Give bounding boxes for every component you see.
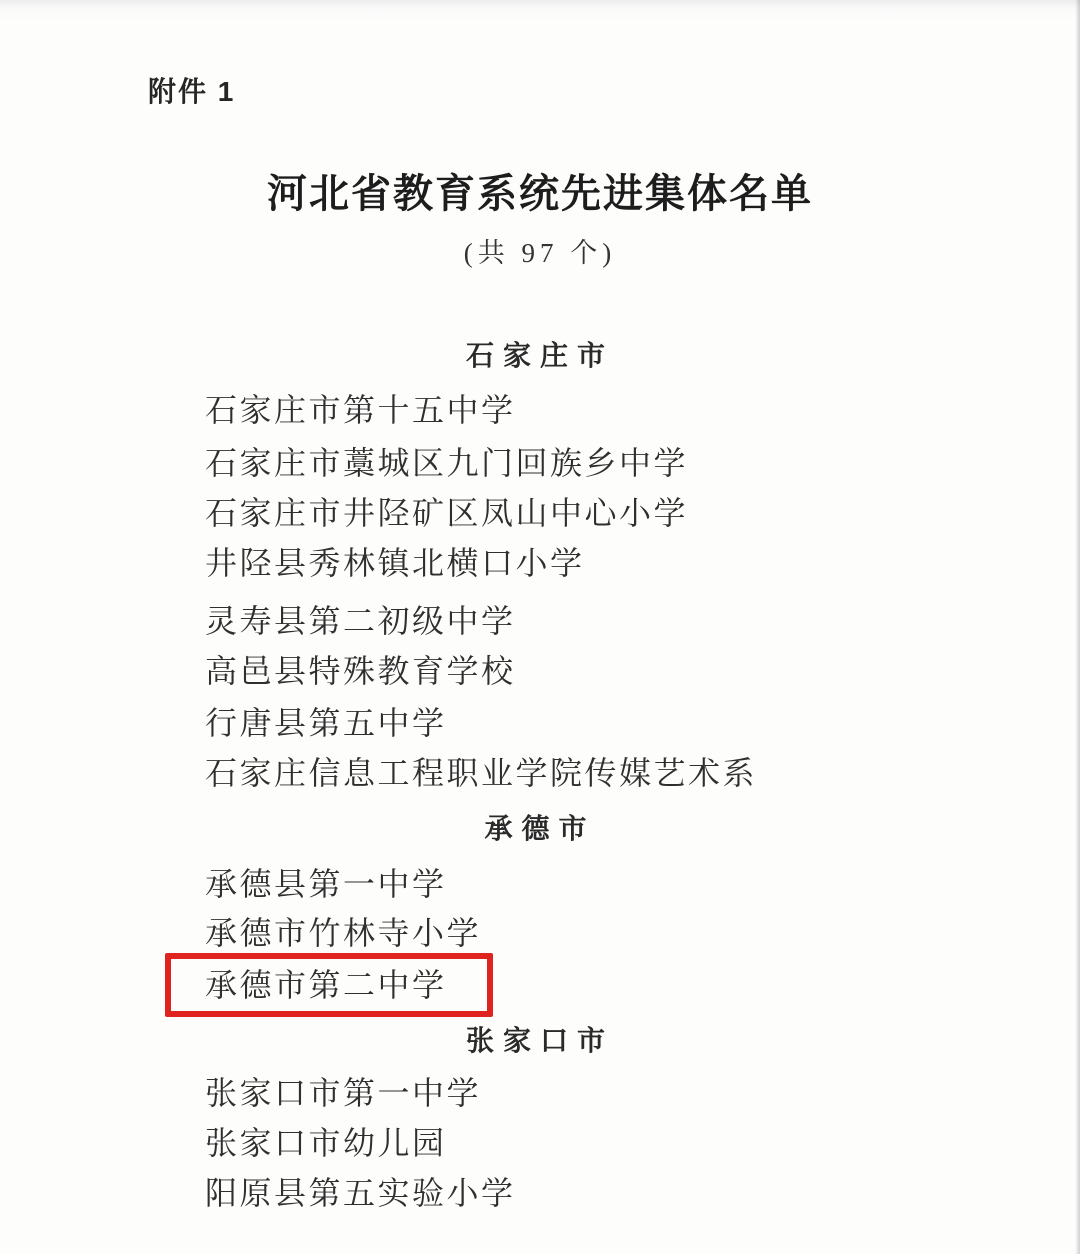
- school-item: 阳原县第五实验小学: [205, 1174, 516, 1212]
- page-title: 河北省教育系统先进集体名单: [0, 162, 1080, 219]
- school-item: 石家庄市井陉矿区凤山中心小学: [205, 494, 688, 532]
- highlight-red-box: 承德市第二中学: [165, 953, 493, 1017]
- school-item: 井陉县秀林镇北横口小学: [205, 544, 585, 582]
- school-item: 石家庄市第十五中学: [205, 391, 516, 429]
- school-item: 张家口市第一中学: [205, 1074, 481, 1112]
- school-item: 张家口市幼儿园: [205, 1124, 447, 1162]
- school-item-highlighted: 承德市第二中学: [205, 966, 447, 1004]
- school-item: 承德市竹林寺小学: [205, 914, 481, 952]
- school-item: 高邑县特殊教育学校: [205, 652, 516, 690]
- section-header-zhangjiakou: 张家口市: [0, 1019, 1080, 1059]
- school-item: 灵寿县第二初级中学: [205, 602, 516, 640]
- school-item: 石家庄信息工程职业学院传媒艺术系: [205, 754, 757, 792]
- page-subtitle: (共 97 个): [0, 231, 1080, 270]
- annex-label: 附件 1: [148, 70, 235, 110]
- school-item: 承德县第一中学: [205, 865, 447, 903]
- school-item: 石家庄市藁城区九门回族乡中学: [205, 444, 688, 482]
- section-header-chengde: 承德市: [0, 807, 1080, 847]
- school-item: 行唐县第五中学: [205, 704, 447, 742]
- document-page: 附件 1 河北省教育系统先进集体名单 (共 97 个) 石家庄市 石家庄市第十五…: [0, 0, 1080, 1254]
- section-header-shijiazhuang: 石家庄市: [0, 334, 1080, 374]
